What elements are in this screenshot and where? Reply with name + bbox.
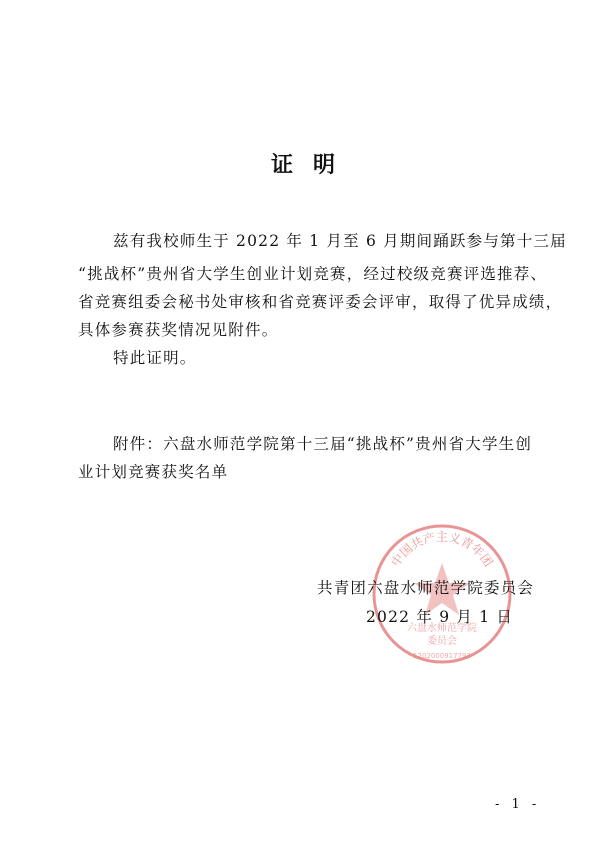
page-number: - 1 - <box>495 797 540 812</box>
svg-text:5202000917793: 5202000917793 <box>413 652 471 660</box>
document-page: 证明 兹有我校师生于 2022 年 1 月至 6 月期间踊跃参与第十三届 “挑战… <box>0 0 606 859</box>
svg-text:中国共产主义青年团: 中国共产主义青年团 <box>388 529 496 569</box>
svg-text:委员会: 委员会 <box>427 634 457 647</box>
body-line-4: 具体参赛获奖情况见附件。 <box>78 318 278 340</box>
body-line-3: 省竞赛组委会秘书处审核和省竞赛评委会评审，取得了优异成绩， <box>78 290 562 312</box>
document-title: 证明 <box>0 148 606 179</box>
body-line-2: “挑战杯”贵州省大学生创业计划竞赛，经过校级竞赛评选推荐、 <box>78 262 547 284</box>
signature-organization: 共青团六盘水师范学院委员会 <box>317 576 534 598</box>
signature-date: 2022 年 9 月 1 日 <box>366 605 513 627</box>
closing-line: 特此证明。 <box>113 346 197 368</box>
attachment-line-2: 业计划竞赛获奖名单 <box>78 460 228 482</box>
attachment-line-1: 附件：六盘水师范学院第十三届“挑战杯”贵州省大学生创 <box>113 432 532 454</box>
body-line-1: 兹有我校师生于 2022 年 1 月至 6 月期间踊跃参与第十三届 <box>113 229 567 251</box>
